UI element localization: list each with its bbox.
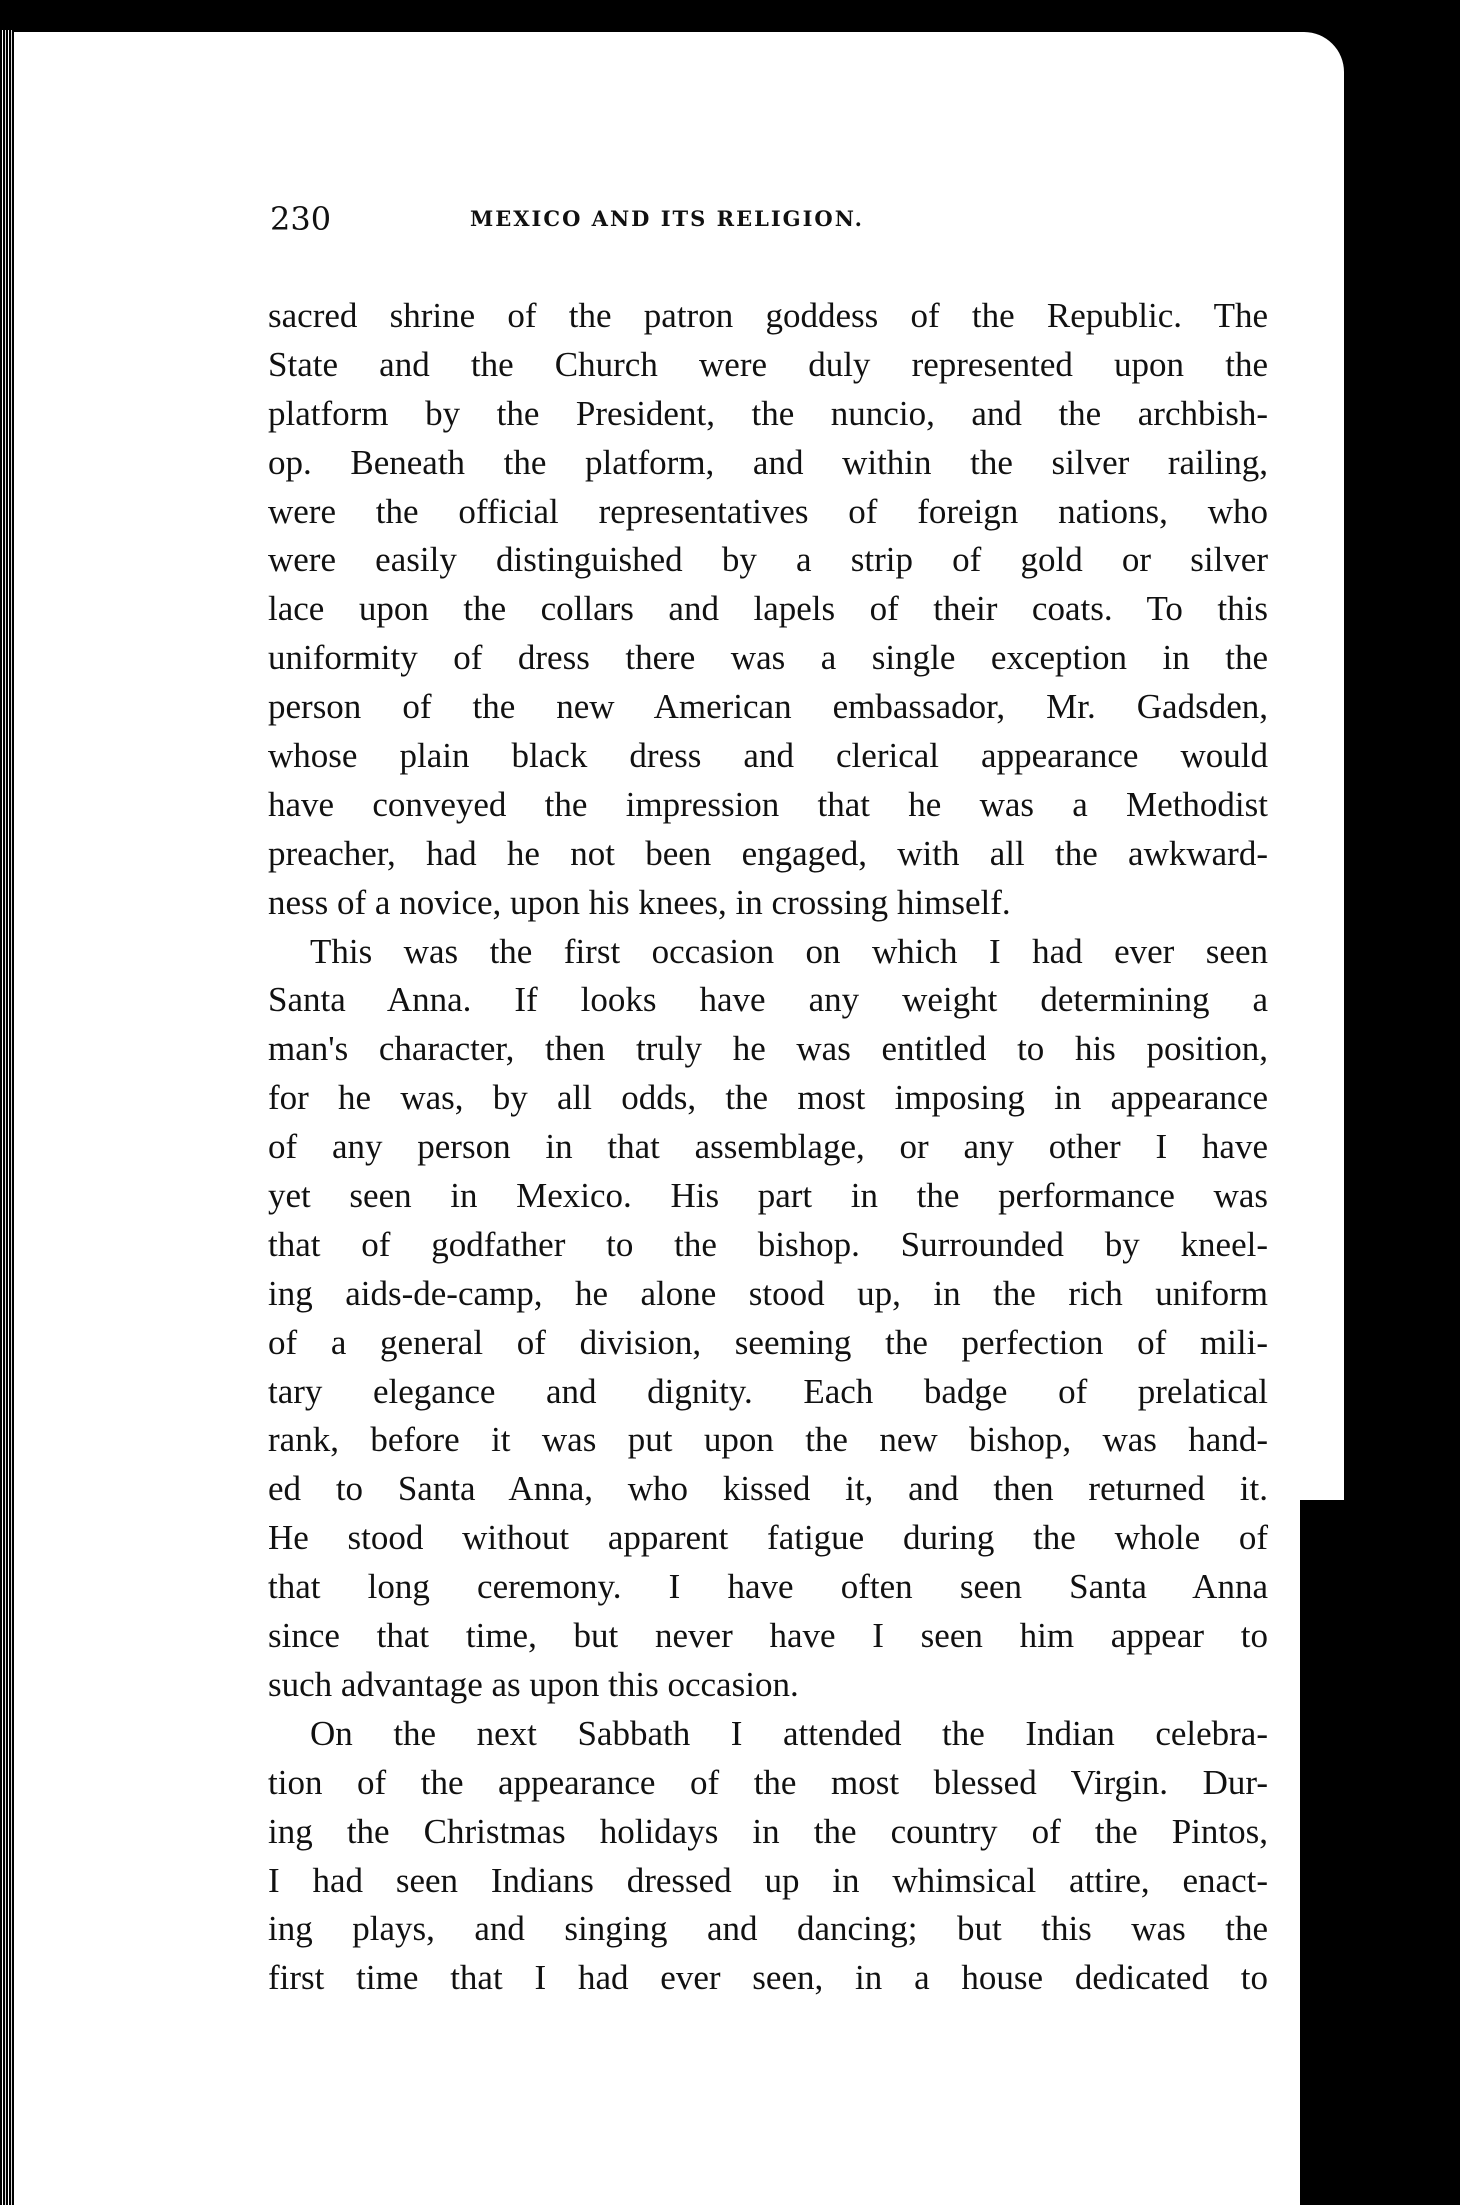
text-line: preacher, had he not been engaged, with … <box>268 830 1268 879</box>
text-line: ed to Santa Anna, who kissed it, and the… <box>268 1465 1268 1514</box>
text-line: whose plain black dress and clerical app… <box>268 732 1268 781</box>
text-line: man's character, then truly he was entit… <box>268 1025 1268 1074</box>
page-header: 230 MEXICO AND ITS RELIGION. <box>270 200 1270 240</box>
text-line: ing the Christmas holidays in the countr… <box>268 1808 1268 1857</box>
text-line: uniformity of dress there was a single e… <box>268 634 1268 683</box>
running-title: MEXICO AND ITS RELIGION. <box>470 206 864 231</box>
text-line: On the next Sabbath I attended the India… <box>268 1710 1268 1759</box>
text-line: of a general of division, seeming the pe… <box>268 1319 1268 1368</box>
page-body-text: sacred shrine of the patron goddess of t… <box>268 292 1268 2003</box>
text-line: have conveyed the impression that he was… <box>268 781 1268 830</box>
book-binding-edge <box>0 30 14 2205</box>
text-line: since that time, but never have I seen h… <box>268 1612 1268 1661</box>
text-line: State and the Church were duly represent… <box>268 341 1268 390</box>
text-line: of any person in that assemblage, or any… <box>268 1123 1268 1172</box>
text-line: platform by the President, the nuncio, a… <box>268 390 1268 439</box>
text-line: first time that I had ever seen, in a ho… <box>268 1954 1268 2003</box>
page-number: 230 <box>270 200 331 238</box>
text-line: rank, before it was put upon the new bis… <box>268 1416 1268 1465</box>
text-line: tary elegance and dignity. Each badge of… <box>268 1368 1268 1417</box>
text-line: that long ceremony. I have often seen Sa… <box>268 1563 1268 1612</box>
text-line: ing aids-de-camp, he alone stood up, in … <box>268 1270 1268 1319</box>
text-line: such advantage as upon this occasion. <box>268 1661 1268 1710</box>
text-line: ness of a novice, upon his knees, in cro… <box>268 879 1268 928</box>
text-line: lace upon the collars and lapels of thei… <box>268 585 1268 634</box>
text-line: that of godfather to the bishop. Surroun… <box>268 1221 1268 1270</box>
text-line: I had seen Indians dressed up in whimsic… <box>268 1857 1268 1906</box>
text-line: were the official representatives of for… <box>268 488 1268 537</box>
text-line: op. Beneath the platform, and within the… <box>268 439 1268 488</box>
text-line: for he was, by all odds, the most imposi… <box>268 1074 1268 1123</box>
text-line: This was the first occasion on which I h… <box>268 928 1268 977</box>
text-line: sacred shrine of the patron goddess of t… <box>268 292 1268 341</box>
page-curl-shadow <box>1300 1500 1460 2205</box>
text-line: tion of the appearance of the most bless… <box>268 1759 1268 1808</box>
text-line: were easily distinguished by a strip of … <box>268 536 1268 585</box>
text-line: Santa Anna. If looks have any weight det… <box>268 976 1268 1025</box>
text-line: yet seen in Mexico. His part in the perf… <box>268 1172 1268 1221</box>
text-line: ing plays, and singing and dancing; but … <box>268 1905 1268 1954</box>
text-line: He stood without apparent fatigue during… <box>268 1514 1268 1563</box>
text-line: person of the new American embassador, M… <box>268 683 1268 732</box>
